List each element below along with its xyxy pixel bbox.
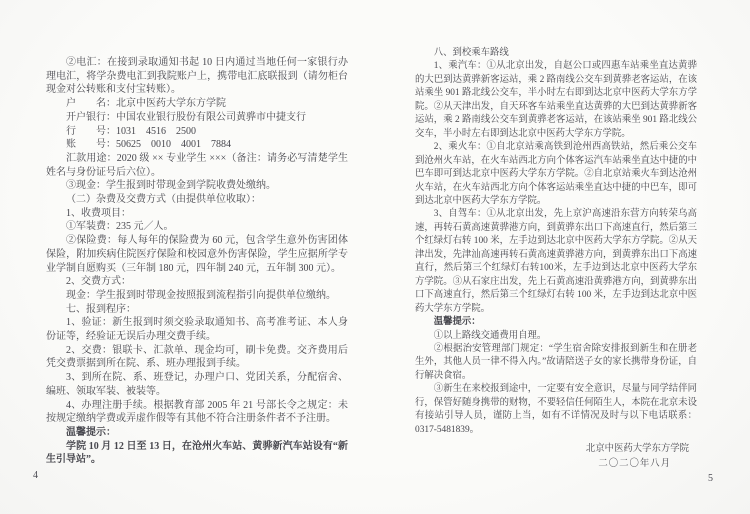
page-left: ②电汇：在接到录取通知书起 10 日内通过当地任何一家银行办理电汇，将学杂费电汇…: [46, 56, 348, 467]
paragraph: 2、交费方式：: [46, 275, 348, 289]
signature-org: 北京中医药大学东方学院: [415, 442, 697, 457]
paragraph: ②根据治安管理部门规定：“学生宿舍除安排报到新生和在册老生外，其他人员一律不得入…: [415, 343, 697, 383]
paragraph: 1、乘汽车：①从北京出发，自赵公口或四惠车站乘坐直达黄骅的大巴到达黄骅新客运站，…: [415, 60, 697, 141]
paragraph: ①以上路线交通费用自理。: [415, 330, 697, 343]
paragraph: 现金：学生报到时带现金按照报到流程指引向提供单位缴纳。: [46, 289, 348, 303]
paragraph: 1、收费项目：: [46, 207, 348, 221]
paragraph: 1、验证：新生报到时须交验录取通知书、高考准考证、本人身份证等，经验证无误后办理…: [46, 316, 348, 343]
paragraph: 七、报到程序：: [46, 303, 348, 317]
paragraph: 3、到所在院、系、班登记，办理户口、党团关系，分配宿舍、编班、领取军装、被装等。: [46, 371, 348, 398]
page-number-left: 4: [33, 470, 38, 481]
document-spread: ②电汇：在接到录取通知书起 10 日内通过当地任何一家银行办理电汇，将学杂费电汇…: [0, 0, 750, 514]
paragraph: 2、乘火车：①自北京站乘高铁到沧州西高铁站，然后乘公交车到沧州火车站，在火车站西…: [415, 141, 697, 208]
paragraph: 学院 10 月 12 日至 13 日，在沧州火车站、黄骅新汽车站设有“新生引导站…: [46, 440, 348, 467]
paragraph: ②电汇：在接到录取通知书起 10 日内通过当地任何一家银行办理电汇，将学杂费电汇…: [46, 56, 348, 97]
paragraph: （二）杂费及交费方式（由提供单位收取）：: [46, 193, 348, 207]
paragraph: 温馨提示：: [46, 426, 348, 440]
paragraph: 户 名：北京中医药大学东方学院: [46, 97, 348, 111]
paragraph: 2、交费：银联卡、汇款单、现金均可，刷卡免费。交齐费用后凭交费票据到所在院、系、…: [46, 344, 348, 371]
page-number-right: 5: [708, 473, 713, 484]
paragraph: 开户银行：中国农业银行股份有限公司黄骅市中捷支行: [46, 111, 348, 125]
signature-date: 二〇二〇年八月: [415, 457, 697, 472]
paragraph: 温馨提示：: [415, 316, 697, 329]
paragraph: 3、自驾车：①从北京出发，先上京沪高速沿东营方向转荣乌高速，再转石黄高速黄骅港方…: [415, 208, 697, 316]
paragraph: 4、办理注册手续。根据教育部 2005 年 21 号部长令之规定：未按规定缴纳学…: [46, 399, 348, 426]
paragraph: ③新生在来校报到途中，一定要有安全意识，尽量与同学结伴同行，保管好随身携带的财物…: [415, 383, 697, 437]
paragraph: 账 号：50625 0010 4001 7884: [46, 138, 348, 152]
signature-block: 北京中医药大学东方学院 二〇二〇年八月: [415, 442, 697, 472]
paragraph: ①军装费：235 元／人。: [46, 220, 348, 234]
page-left-text: ②电汇：在接到录取通知书起 10 日内通过当地任何一家银行办理电汇，将学杂费电汇…: [46, 56, 348, 467]
page-right-text: 八、到校乘车路线1、乘汽车：①从北京出发，自赵公口或四惠车站乘坐直达黄骅的大巴到…: [415, 47, 697, 437]
paragraph: 八、到校乘车路线: [415, 47, 697, 60]
paragraph: ③现金：学生报到时带现金到学院收费处缴纳。: [46, 179, 348, 193]
page-right: 八、到校乘车路线1、乘汽车：①从北京出发，自赵公口或四惠车站乘坐直达黄骅的大巴到…: [415, 47, 697, 472]
paragraph: ②保险费：每人每年的保险费为 60 元，包含学生意外伤害团体保险，附加疾病住院医…: [46, 234, 348, 275]
paragraph: 汇款用途：2020 级 ×× 专业学生 ×××（备注：请务必写清楚学生姓名与身份…: [46, 152, 348, 179]
paragraph: 行 号：1031 4516 2500: [46, 125, 348, 139]
